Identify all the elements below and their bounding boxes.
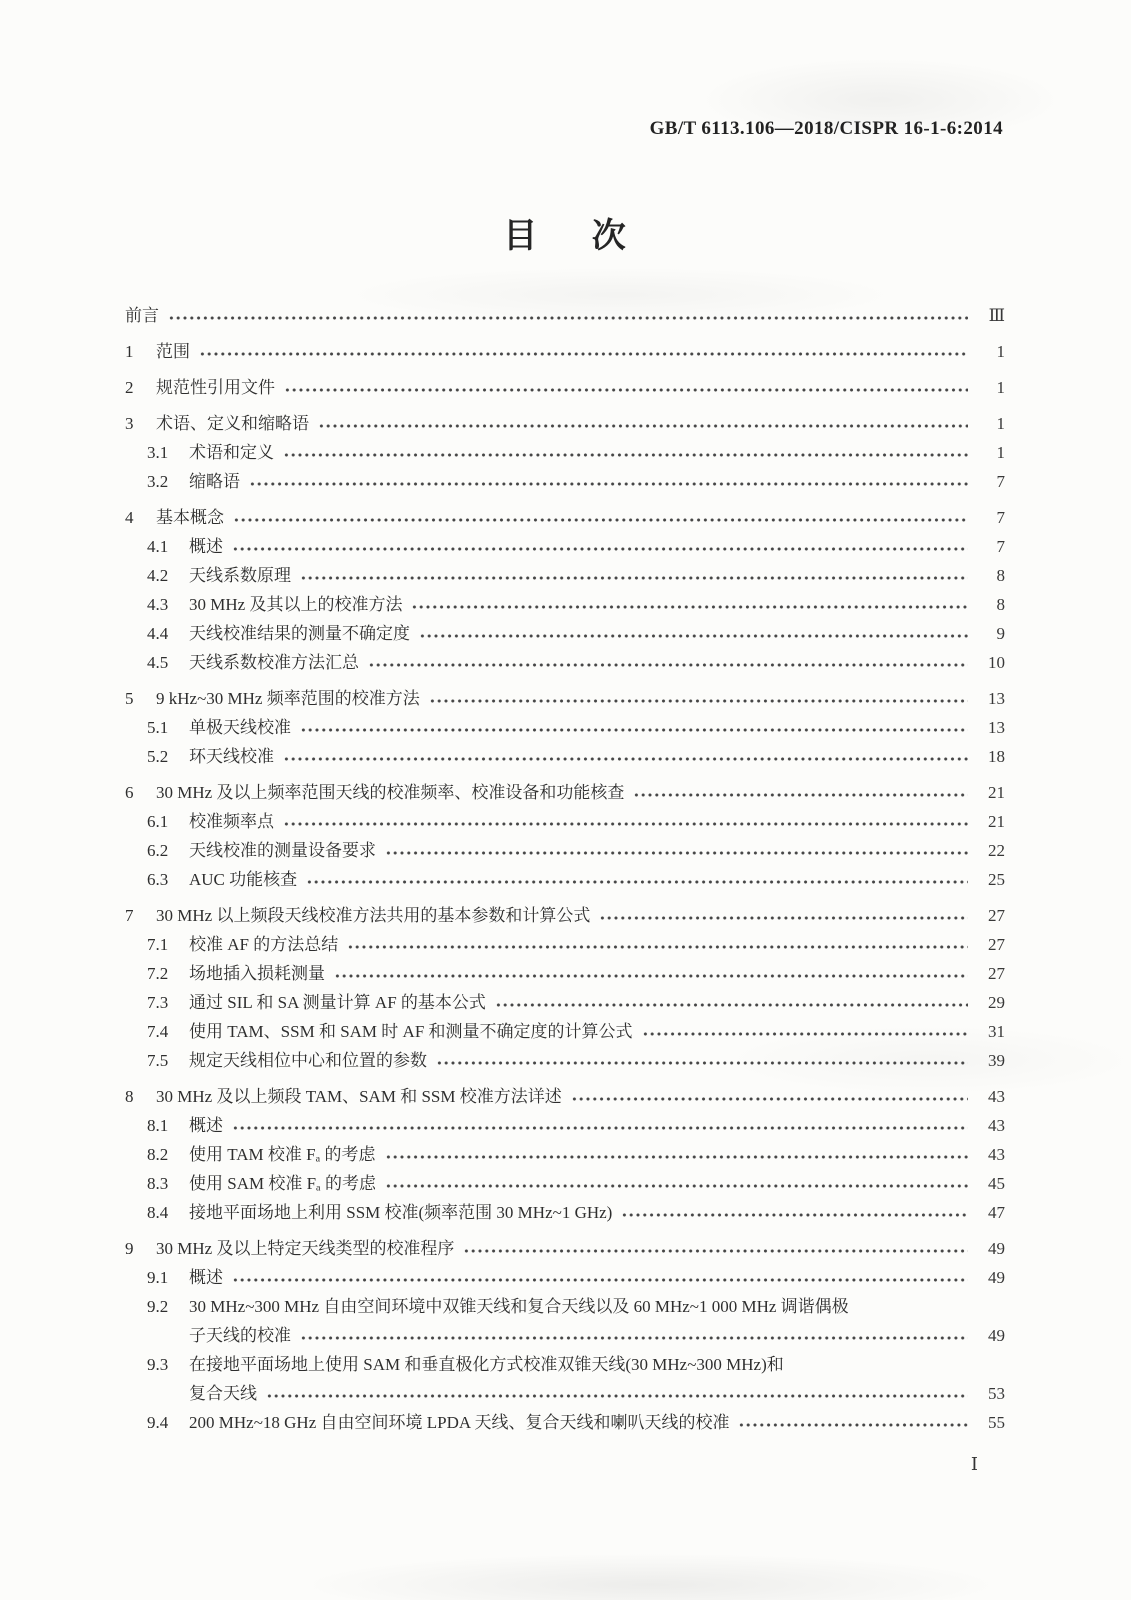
toc-entry: 4.4 天线校准结果的测量不确定度 9 [125, 619, 1005, 648]
toc-entry-page: 7 [977, 503, 1005, 532]
toc-entry-title: 术语、定义和缩略语 [156, 409, 309, 438]
dot-leader [283, 807, 968, 836]
toc-entry-title: 单极天线校准 [189, 713, 291, 742]
toc-entry-number: 6.1 [147, 807, 189, 836]
toc-entry-title: 概述 [189, 1263, 223, 1292]
table-of-contents: 前言 Ⅲ 1 范围 1 2 规范性引用文件 1 3 术语、定义和缩略语 1 3.… [125, 301, 1005, 1437]
page-title: 目 次 [0, 208, 1131, 257]
toc-entry-title: AUC 功能核查 [189, 865, 297, 894]
toc-entry: 9.4 200 MHz~18 GHz 自由空间环境 LPDA 天线、复合天线和喇… [125, 1408, 1005, 1437]
dot-leader [300, 1321, 968, 1350]
toc-entry-number: 5.2 [147, 742, 189, 771]
toc-entry-title: 使用 TAM 校准 Fₐ 的考虑 [189, 1140, 376, 1169]
toc-entry-page: 7 [977, 532, 1005, 561]
toc-entry-number: 4.2 [147, 561, 189, 590]
toc-entry-number: 2 [125, 373, 156, 402]
toc-entry-page: 9 [977, 619, 1005, 648]
toc-entry-title: 30 MHz 及以上特定天线类型的校准程序 [156, 1234, 454, 1263]
toc-entry-number: 3 [125, 409, 156, 438]
toc-entry-page: 21 [977, 807, 1005, 836]
dot-leader [571, 1082, 968, 1111]
dot-leader [738, 1408, 968, 1437]
toc-entry-title: 30 MHz 及以上频段 TAM、SAM 和 SSM 校准方法详述 [156, 1082, 562, 1111]
toc-entry-number: 8.3 [147, 1169, 189, 1198]
dot-leader [429, 684, 968, 713]
toc-entry: 9 30 MHz 及以上特定天线类型的校准程序 49 [125, 1234, 1005, 1263]
toc-entry-title: 规范性引用文件 [156, 373, 275, 402]
toc-entry-number: 6.3 [147, 865, 189, 894]
dot-leader [249, 467, 968, 496]
dot-leader [495, 988, 968, 1017]
toc-entry: 4.2 天线系数原理 8 [125, 561, 1005, 590]
toc-entry-number: 9.4 [147, 1408, 189, 1437]
dot-leader [168, 301, 968, 330]
toc-entry-page: 27 [977, 930, 1005, 959]
document-page: GB/T 6113.106—2018/CISPR 16-1-6:2014 目 次… [0, 0, 1131, 1600]
toc-entry-page: Ⅲ [977, 301, 1005, 330]
toc-entry-page: 13 [977, 684, 1005, 713]
toc-entry: 3 术语、定义和缩略语 1 [125, 409, 1005, 438]
toc-entry-title: 概述 [189, 532, 223, 561]
toc-entry-page: 43 [977, 1140, 1005, 1169]
dot-leader [232, 1111, 968, 1140]
dot-leader [283, 438, 968, 467]
toc-entry: 6.2 天线校准的测量设备要求 22 [125, 836, 1005, 865]
toc-entry-page: 31 [977, 1017, 1005, 1046]
standard-number: GB/T 6113.106—2018/CISPR 16-1-6:2014 [650, 118, 1003, 140]
dot-leader [385, 836, 968, 865]
toc-entry-page: 43 [977, 1111, 1005, 1140]
toc-entry-number: 3.1 [147, 438, 189, 467]
toc-entry-title: 9 kHz~30 MHz 频率范围的校准方法 [156, 684, 420, 713]
toc-entry-number: 3.2 [147, 467, 189, 496]
dot-leader [385, 1169, 968, 1198]
toc-entry-title: 接地平面场地上利用 SSM 校准(频率范围 30 MHz~1 GHz) [189, 1198, 612, 1227]
toc-entry-title: 30 MHz 以上频段天线校准方法共用的基本参数和计算公式 [156, 901, 590, 930]
dot-leader [284, 373, 968, 402]
toc-entry-title: 术语和定义 [189, 438, 274, 467]
toc-entry-title: 缩略语 [189, 467, 240, 496]
toc-entry-number: 6.2 [147, 836, 189, 865]
toc-entry: 5 9 kHz~30 MHz 频率范围的校准方法 13 [125, 684, 1005, 713]
toc-entry-page: 8 [977, 590, 1005, 619]
toc-entry-page: 47 [977, 1198, 1005, 1227]
toc-entry: 2 规范性引用文件 1 [125, 373, 1005, 402]
toc-entry: 8.3 使用 SAM 校准 Fₐ 的考虑 45 [125, 1169, 1005, 1198]
toc-entry-page: 22 [977, 836, 1005, 865]
toc-entry-title: 使用 TAM、SSM 和 SAM 时 AF 和测量不确定度的计算公式 [189, 1017, 633, 1046]
dot-leader [233, 503, 968, 532]
toc-entry-title: 天线系数原理 [189, 561, 291, 590]
toc-entry: 8.1 概述 43 [125, 1111, 1005, 1140]
toc-entry: 8.4 接地平面场地上利用 SSM 校准(频率范围 30 MHz~1 GHz) … [125, 1198, 1005, 1227]
toc-entry: 7 30 MHz 以上频段天线校准方法共用的基本参数和计算公式 27 [125, 901, 1005, 930]
toc-entry: 1 范围 1 [125, 337, 1005, 366]
toc-entry-page: 49 [977, 1263, 1005, 1292]
toc-entry-page: 25 [977, 865, 1005, 894]
dot-leader [621, 1198, 968, 1227]
toc-entry-number: 4.5 [147, 648, 189, 677]
toc-entry-number: 4 [125, 503, 156, 532]
toc-entry: 前言 Ⅲ [125, 301, 1005, 330]
dot-leader [300, 561, 968, 590]
toc-entry-page: 1 [977, 409, 1005, 438]
toc-entry-number: 9 [125, 1234, 156, 1263]
dot-leader [411, 590, 968, 619]
dot-leader [385, 1140, 968, 1169]
dot-leader [300, 713, 968, 742]
toc-entry-number: 9.2 [147, 1292, 189, 1321]
toc-entry-title: 范围 [156, 337, 190, 366]
toc-entry-number: 4.1 [147, 532, 189, 561]
toc-entry-page: 7 [977, 467, 1005, 496]
toc-entry-title: 30 MHz~300 MHz 自由空间环境中双锥天线和复合天线以及 60 MHz… [189, 1292, 849, 1321]
toc-entry-title: 使用 SAM 校准 Fₐ 的考虑 [189, 1169, 376, 1198]
toc-entry-number: 8 [125, 1082, 156, 1111]
toc-entry: 9.1 概述 49 [125, 1263, 1005, 1292]
toc-entry-title: 概述 [189, 1111, 223, 1140]
toc-entry: 6 30 MHz 及以上频率范围天线的校准频率、校准设备和功能核查 21 [125, 778, 1005, 807]
toc-entry: 7.5 规定天线相位中心和位置的参数 39 [125, 1046, 1005, 1075]
toc-entry-title: 规定天线相位中心和位置的参数 [189, 1046, 427, 1075]
toc-entry: 4 基本概念 7 [125, 503, 1005, 532]
toc-entry-number: 5.1 [147, 713, 189, 742]
toc-entry-number: 8.4 [147, 1198, 189, 1227]
toc-entry-page: 29 [977, 988, 1005, 1017]
dot-leader [318, 409, 968, 438]
toc-entry-page: 55 [977, 1408, 1005, 1437]
toc-entry-number: 7.3 [147, 988, 189, 1017]
dot-leader [232, 1263, 968, 1292]
toc-entry-number: 1 [125, 337, 156, 366]
folio-page-number: Ⅰ [971, 1454, 978, 1475]
toc-entry: 6.3 AUC 功能核查 25 [125, 865, 1005, 894]
dot-leader [633, 778, 968, 807]
toc-entry: 7.2 场地插入损耗测量 27 [125, 959, 1005, 988]
toc-entry-number: 9.1 [147, 1263, 189, 1292]
dot-leader [436, 1046, 968, 1075]
dot-leader [419, 619, 968, 648]
toc-entry-number: 5 [125, 684, 156, 713]
dot-leader [266, 1379, 968, 1408]
toc-entry-title: 天线校准的测量设备要求 [189, 836, 376, 865]
toc-entry-number: 4.3 [147, 590, 189, 619]
dot-leader [368, 648, 968, 677]
toc-entry-number: 8.1 [147, 1111, 189, 1140]
toc-entry-title: 30 MHz 及以上频率范围天线的校准频率、校准设备和功能核查 [156, 778, 624, 807]
toc-entry-page: 18 [977, 742, 1005, 771]
toc-entry: 7.1 校准 AF 的方法总结 27 [125, 930, 1005, 959]
dot-leader [463, 1234, 968, 1263]
toc-entry-title: 200 MHz~18 GHz 自由空间环境 LPDA 天线、复合天线和喇叭天线的… [189, 1408, 729, 1437]
toc-entry: 5.2 环天线校准 18 [125, 742, 1005, 771]
toc-entry-title: 基本概念 [156, 503, 224, 532]
toc-entry: 子天线的校准 49 [125, 1321, 1005, 1350]
toc-entry-page: 1 [977, 438, 1005, 467]
toc-entry: 4.3 30 MHz 及其以上的校准方法 8 [125, 590, 1005, 619]
toc-entry-page: 43 [977, 1082, 1005, 1111]
toc-entry-title: 场地插入损耗测量 [189, 959, 325, 988]
toc-entry-number: 6 [125, 778, 156, 807]
dot-leader [347, 930, 968, 959]
toc-entry-page: 1 [977, 337, 1005, 366]
toc-entry: 9.3 在接地平面场地上使用 SAM 和垂直极化方式校准双锥天线(30 MHz~… [125, 1350, 1005, 1379]
dot-leader [306, 865, 968, 894]
toc-entry-page: 49 [977, 1321, 1005, 1350]
toc-entry-title: 子天线的校准 [189, 1321, 291, 1350]
toc-entry-page: 27 [977, 901, 1005, 930]
toc-entry: 7.3 通过 SIL 和 SA 测量计算 AF 的基本公式 29 [125, 988, 1005, 1017]
toc-entry-title: 天线系数校准方法汇总 [189, 648, 359, 677]
toc-entry-page: 13 [977, 713, 1005, 742]
toc-entry-page: 8 [977, 561, 1005, 590]
toc-entry: 8.2 使用 TAM 校准 Fₐ 的考虑 43 [125, 1140, 1005, 1169]
toc-entry: 9.2 30 MHz~300 MHz 自由空间环境中双锥天线和复合天线以及 60… [125, 1292, 1005, 1321]
toc-entry: 3.2 缩略语 7 [125, 467, 1005, 496]
toc-entry-title: 30 MHz 及其以上的校准方法 [189, 590, 402, 619]
toc-entry: 复合天线 53 [125, 1379, 1005, 1408]
dot-leader [599, 901, 968, 930]
toc-entry-number: 7.1 [147, 930, 189, 959]
toc-entry-page: 39 [977, 1046, 1005, 1075]
toc-entry-title: 通过 SIL 和 SA 测量计算 AF 的基本公式 [189, 988, 486, 1017]
toc-entry-title: 校准 AF 的方法总结 [189, 930, 338, 959]
dot-leader [642, 1017, 968, 1046]
toc-entry: 4.5 天线系数校准方法汇总 10 [125, 648, 1005, 677]
dot-leader [334, 959, 968, 988]
toc-entry-page: 27 [977, 959, 1005, 988]
toc-entry-title: 前言 [125, 301, 159, 330]
toc-entry-number: 7 [125, 901, 156, 930]
toc-entry-title: 在接地平面场地上使用 SAM 和垂直极化方式校准双锥天线(30 MHz~300 … [189, 1350, 784, 1379]
toc-entry-number: 7.5 [147, 1046, 189, 1075]
toc-entry: 8 30 MHz 及以上频段 TAM、SAM 和 SSM 校准方法详述 43 [125, 1082, 1005, 1111]
toc-entry-page: 53 [977, 1379, 1005, 1408]
toc-entry-title: 校准频率点 [189, 807, 274, 836]
dot-leader [232, 532, 968, 561]
toc-entry-number: 7.4 [147, 1017, 189, 1046]
dot-leader [199, 337, 968, 366]
toc-entry: 5.1 单极天线校准 13 [125, 713, 1005, 742]
toc-entry-page: 45 [977, 1169, 1005, 1198]
toc-entry: 7.4 使用 TAM、SSM 和 SAM 时 AF 和测量不确定度的计算公式 3… [125, 1017, 1005, 1046]
toc-entry-title: 环天线校准 [189, 742, 274, 771]
toc-entry-title: 复合天线 [189, 1379, 257, 1408]
toc-entry-page: 1 [977, 373, 1005, 402]
toc-entry-page: 10 [977, 648, 1005, 677]
toc-entry: 6.1 校准频率点 21 [125, 807, 1005, 836]
toc-entry: 4.1 概述 7 [125, 532, 1005, 561]
toc-entry-number: 8.2 [147, 1140, 189, 1169]
toc-entry-page: 21 [977, 778, 1005, 807]
dot-leader [283, 742, 968, 771]
toc-entry-number: 4.4 [147, 619, 189, 648]
toc-entry: 3.1 术语和定义 1 [125, 438, 1005, 467]
toc-entry-number: 7.2 [147, 959, 189, 988]
toc-entry-page: 49 [977, 1234, 1005, 1263]
toc-entry-title: 天线校准结果的测量不确定度 [189, 619, 410, 648]
toc-entry-number: 9.3 [147, 1350, 189, 1379]
